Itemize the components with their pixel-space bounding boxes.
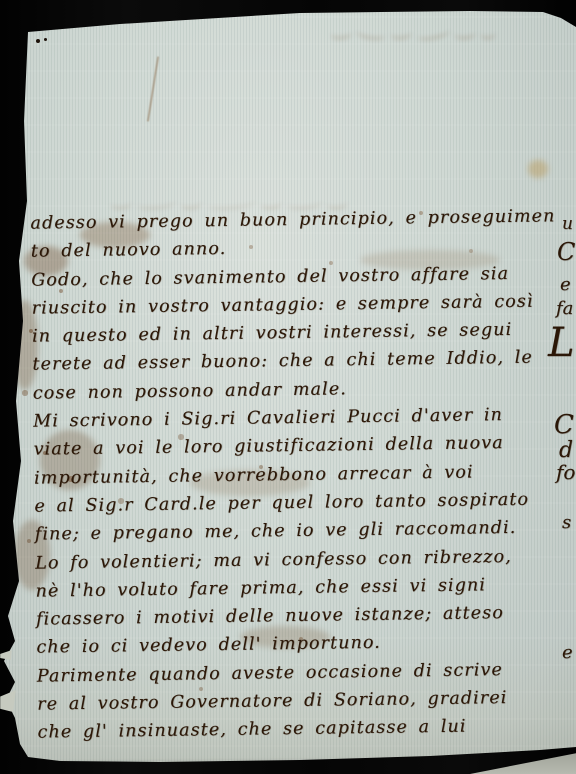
torn-paper-bit	[0, 650, 12, 660]
bleedthrough-stroke	[390, 27, 413, 40]
edge-text-fragment: e	[562, 642, 573, 663]
ink-speckles	[0, 0, 2, 2]
bleedthrough-stroke	[330, 27, 353, 40]
edge-text-fragment: C	[557, 238, 575, 266]
photographed-manuscript: adesso vi prego un buon principio, e pro…	[0, 0, 576, 774]
bleedthrough-stroke	[415, 25, 450, 42]
edge-text-fragment: fo	[556, 460, 575, 484]
letter-page: adesso vi prego un buon principio, e pro…	[0, 0, 576, 774]
ink-dot	[44, 38, 47, 41]
bleedthrough-stroke	[454, 27, 477, 40]
bleedthrough-script	[330, 24, 560, 50]
edge-text-fragment: fa	[556, 298, 573, 319]
edge-text-fragment: e	[560, 274, 571, 295]
bleedthrough-stroke	[355, 26, 386, 41]
foxing-stain	[528, 160, 548, 178]
bleedthrough-stroke	[480, 27, 497, 39]
edge-text-fragment: C	[554, 410, 574, 440]
manuscript-text: adesso vi prego un buon principio, e pro…	[30, 202, 553, 747]
ink-dot	[36, 39, 40, 43]
edge-text-fragment: L	[548, 320, 575, 366]
edge-text-fragment: s	[562, 512, 571, 533]
edge-text-fragment: u	[562, 214, 573, 234]
